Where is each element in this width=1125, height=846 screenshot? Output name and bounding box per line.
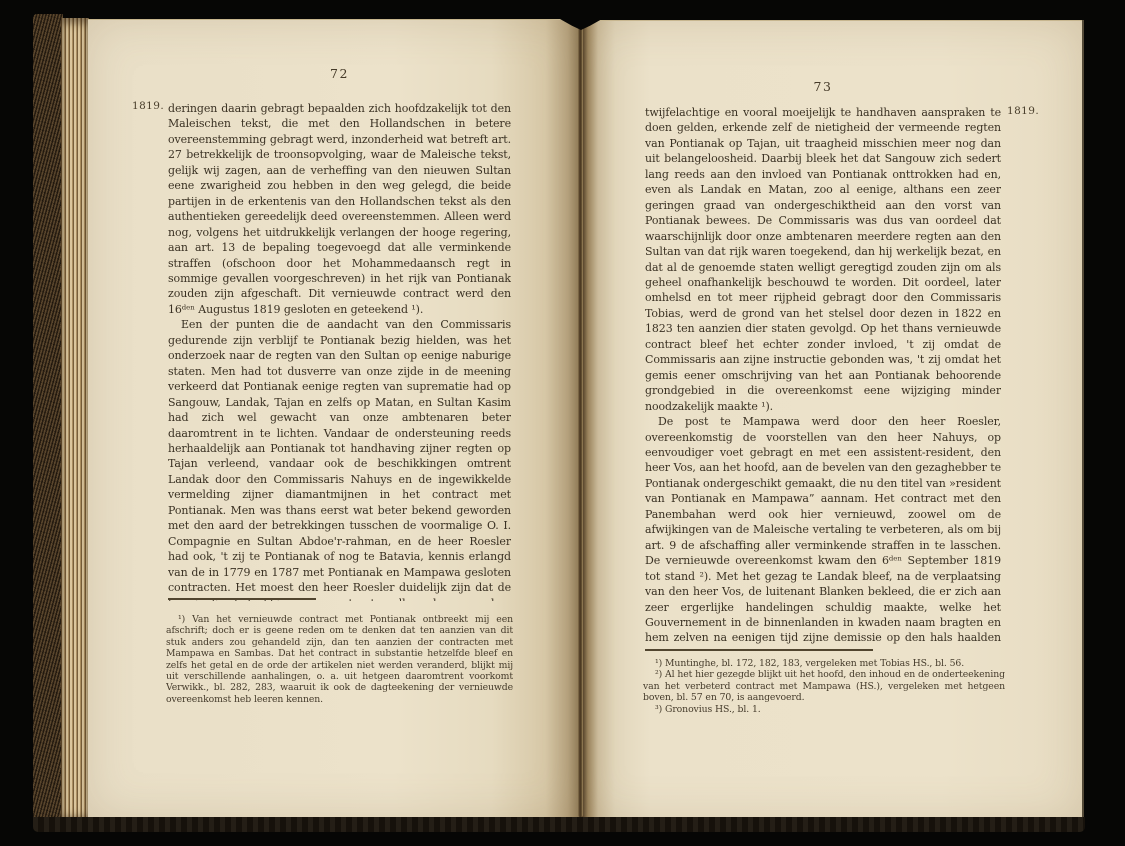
paragraph: De post te Mampawa werd door den heer Ro… (645, 414, 1001, 648)
left-footnotes: ¹) Van het vernieuwde contract met Ponti… (166, 614, 513, 722)
page-edge-stack (61, 18, 89, 822)
left-page: 72 1819. deringen daarin gebragt bepaald… (88, 19, 580, 818)
footnote-rule (645, 649, 873, 651)
footnote: ¹) Van het vernieuwde contract met Ponti… (166, 614, 513, 705)
right-body-text: twijfelachtige en vooral moeijelijk te h… (645, 105, 1001, 648)
footnote: ²) Al het hier gezegde blijkt uit het ho… (643, 669, 1005, 703)
footnote: ¹) Muntinghe, bl. 172, 182, 183, vergele… (643, 658, 1005, 669)
paragraph: twijfelachtige en vooral moeijelijk te h… (645, 105, 1001, 414)
left-margin-year: 1819. (132, 100, 164, 112)
book-gutter-fold (578, 20, 583, 817)
right-footnotes: ¹) Muntinghe, bl. 172, 182, 183, vergele… (643, 658, 1005, 738)
right-margin-year: 1819. (1007, 105, 1039, 117)
right-page-number: 73 (645, 79, 1001, 94)
paragraph: Een der punten die de aandacht van den C… (168, 317, 511, 601)
book-cover-edge (33, 14, 63, 828)
paragraph: deringen daarin gebragt bepaalden zich h… (168, 101, 511, 317)
footnote: ³) Gronovius HS., bl. 1. (643, 704, 1005, 715)
book-photo-scene: 72 1819. deringen daarin gebragt bepaald… (0, 0, 1125, 846)
book-bottom-edge (33, 817, 1085, 832)
left-body-text: deringen daarin gebragt bepaalden zich h… (168, 101, 511, 601)
footnote-rule (168, 598, 316, 600)
right-page: 73 1819. twijfelachtige en vooral moeije… (580, 20, 1082, 821)
left-page-number: 72 (168, 66, 511, 81)
